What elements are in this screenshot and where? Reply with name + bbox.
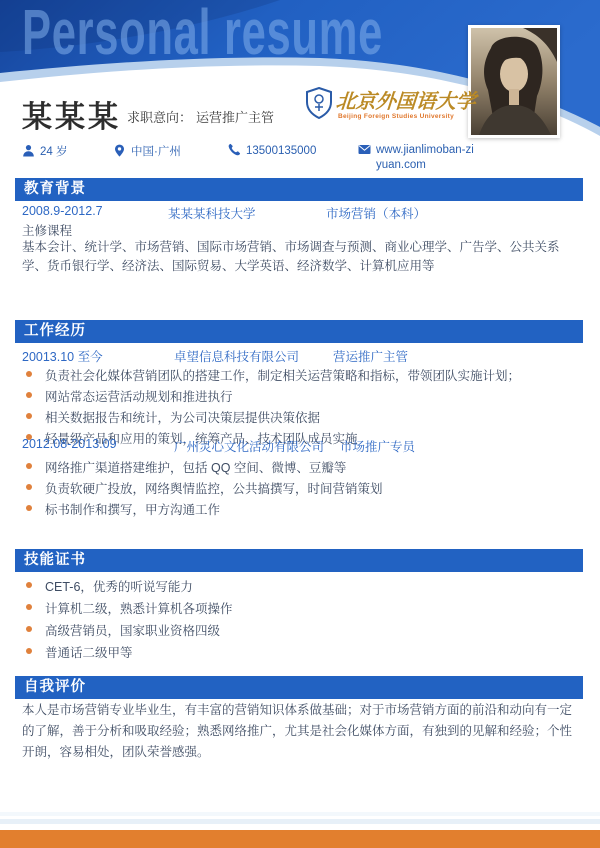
job-intention-label: 求职意向： [127,110,192,125]
bottom-orange-band [0,830,600,848]
contact-website-value: www.jianlimoban-ziyuan.com [376,143,476,173]
job-intention-value: 运营推广主管 [196,110,274,125]
education-school: 某某某科技大学 [168,204,256,222]
job-bullet: 相关数据报告和统计，为公司决策层提供决策依据 [26,408,576,426]
job-period: 20013.10 至今 [22,347,103,365]
skill-bullet: CET-6，优秀的听说写能力 [26,577,576,595]
bullet-dot [26,582,32,588]
education-major: 市场营销（本科） [326,204,426,222]
contact-location: 中国·广州 [113,143,181,159]
section-header-skills: 技能证书 [15,549,583,572]
contact-age-value: 24 岁 [40,146,68,158]
job-bullet-text: 标书制作和撰写，甲方沟通工作 [45,500,576,518]
contact-phone-value: 13500135000 [246,145,316,157]
bullet-dot [26,484,32,490]
skill-bullet: 普通话二级甲等 [26,643,576,661]
job-bullet: 网络推广渠道搭建维护，包括 QQ 空间、微博、豆瓣等 [26,458,576,476]
profile-photo-image [471,28,557,135]
job-role: 市场推广专员 [340,437,415,455]
section-header-work: 工作经历 [15,320,583,343]
bottom-light-stripe [0,812,600,816]
job-bullet-text: 负责软硬广投放，网络舆情监控，公共搞撰写，时间营销策划 [45,479,576,497]
skill-bullet: 计算机二级，熟悉计算机各项操作 [26,599,576,617]
person-icon [22,144,35,157]
bottom-light-stripe [0,819,600,824]
education-period: 2008.9-2012.7 [22,204,103,218]
profile-photo [468,25,560,138]
bullet-dot [26,392,32,398]
contact-phone: 13500135000 [228,143,316,157]
skill-bullet-text: 计算机二级，熟悉计算机各项操作 [45,599,576,617]
university-name-en: Beijing Foreign Studies University [338,113,471,120]
job-bullet: 负责软硬广投放，网络舆情监控，公共搞撰写，时间营销策划 [26,479,576,497]
job-period: 2012.08-2013.09 [22,437,117,451]
university-logo: 北京外国语大学 Beijing Foreign Studies Universi… [306,85,471,130]
header-watermark-text: Personal resume [22,0,383,64]
envelope-icon [358,143,371,156]
education-courses-label: 主修课程 [22,221,72,239]
university-shield-icon [306,87,332,119]
bullet-dot [26,371,32,377]
skill-bullet-text: 普通话二级甲等 [45,643,576,661]
university-name-cn: 北京外国语大学 [335,85,472,114]
skill-bullet-text: 高级营销员，国家职业资格四级 [45,621,576,639]
education-courses-text: 基本会计、统计学、市场营销、国际市场营销、市场调查与预测、商业心理学、广告学、公… [22,238,584,276]
location-pin-icon [113,144,126,157]
bullet-dot [26,648,32,654]
contact-age: 24 岁 [22,143,68,159]
evaluation-text: 本人是市场营销专业毕业生，有丰富的营销知识体系做基础；对于市场营销方面的前沿和动… [22,700,582,763]
job-intention: 求职意向：运营推广主管 [127,107,274,126]
job-bullet-text: 网络推广渠道搭建维护，包括 QQ 空间、微博、豆瓣等 [45,458,576,476]
job-company: 广州灵心文化活动有限公司 [174,437,324,455]
job-bullet: 网站常态运营活动规划和推进执行 [26,387,576,405]
job-bullet-text: 负责社会化媒体营销团队的搭建工作，制定相关运营策略和指标，带领团队实施计划； [45,366,576,384]
candidate-name: 某某某 [22,92,121,136]
job-bullet-text: 网站常态运营活动规划和推进执行 [45,387,576,405]
contact-location-value: 中国·广州 [131,146,181,158]
contact-website: www.jianlimoban-ziyuan.com [358,143,480,173]
job-role: 营运推广主管 [333,347,408,365]
bullet-dot [26,626,32,632]
skill-bullet-text: CET-6，优秀的听说写能力 [45,577,576,595]
section-header-education: 教育背景 [15,178,583,201]
job-bullet: 标书制作和撰写，甲方沟通工作 [26,500,576,518]
bullet-dot [26,413,32,419]
job-company: 卓望信息科技有限公司 [174,347,299,365]
bullet-dot [26,505,32,511]
phone-icon [228,143,241,156]
bullet-dot [26,463,32,469]
skill-bullet: 高级营销员，国家职业资格四级 [26,621,576,639]
bullet-dot [26,604,32,610]
job-bullet: 负责社会化媒体营销团队的搭建工作，制定相关运营策略和指标，带领团队实施计划； [26,366,576,384]
section-header-evaluation: 自我评价 [15,676,583,699]
job-bullet-text: 相关数据报告和统计，为公司决策层提供决策依据 [45,408,576,426]
resume-page: Personal resume 某某某 求职意向：运营推广主管 [0,0,600,848]
